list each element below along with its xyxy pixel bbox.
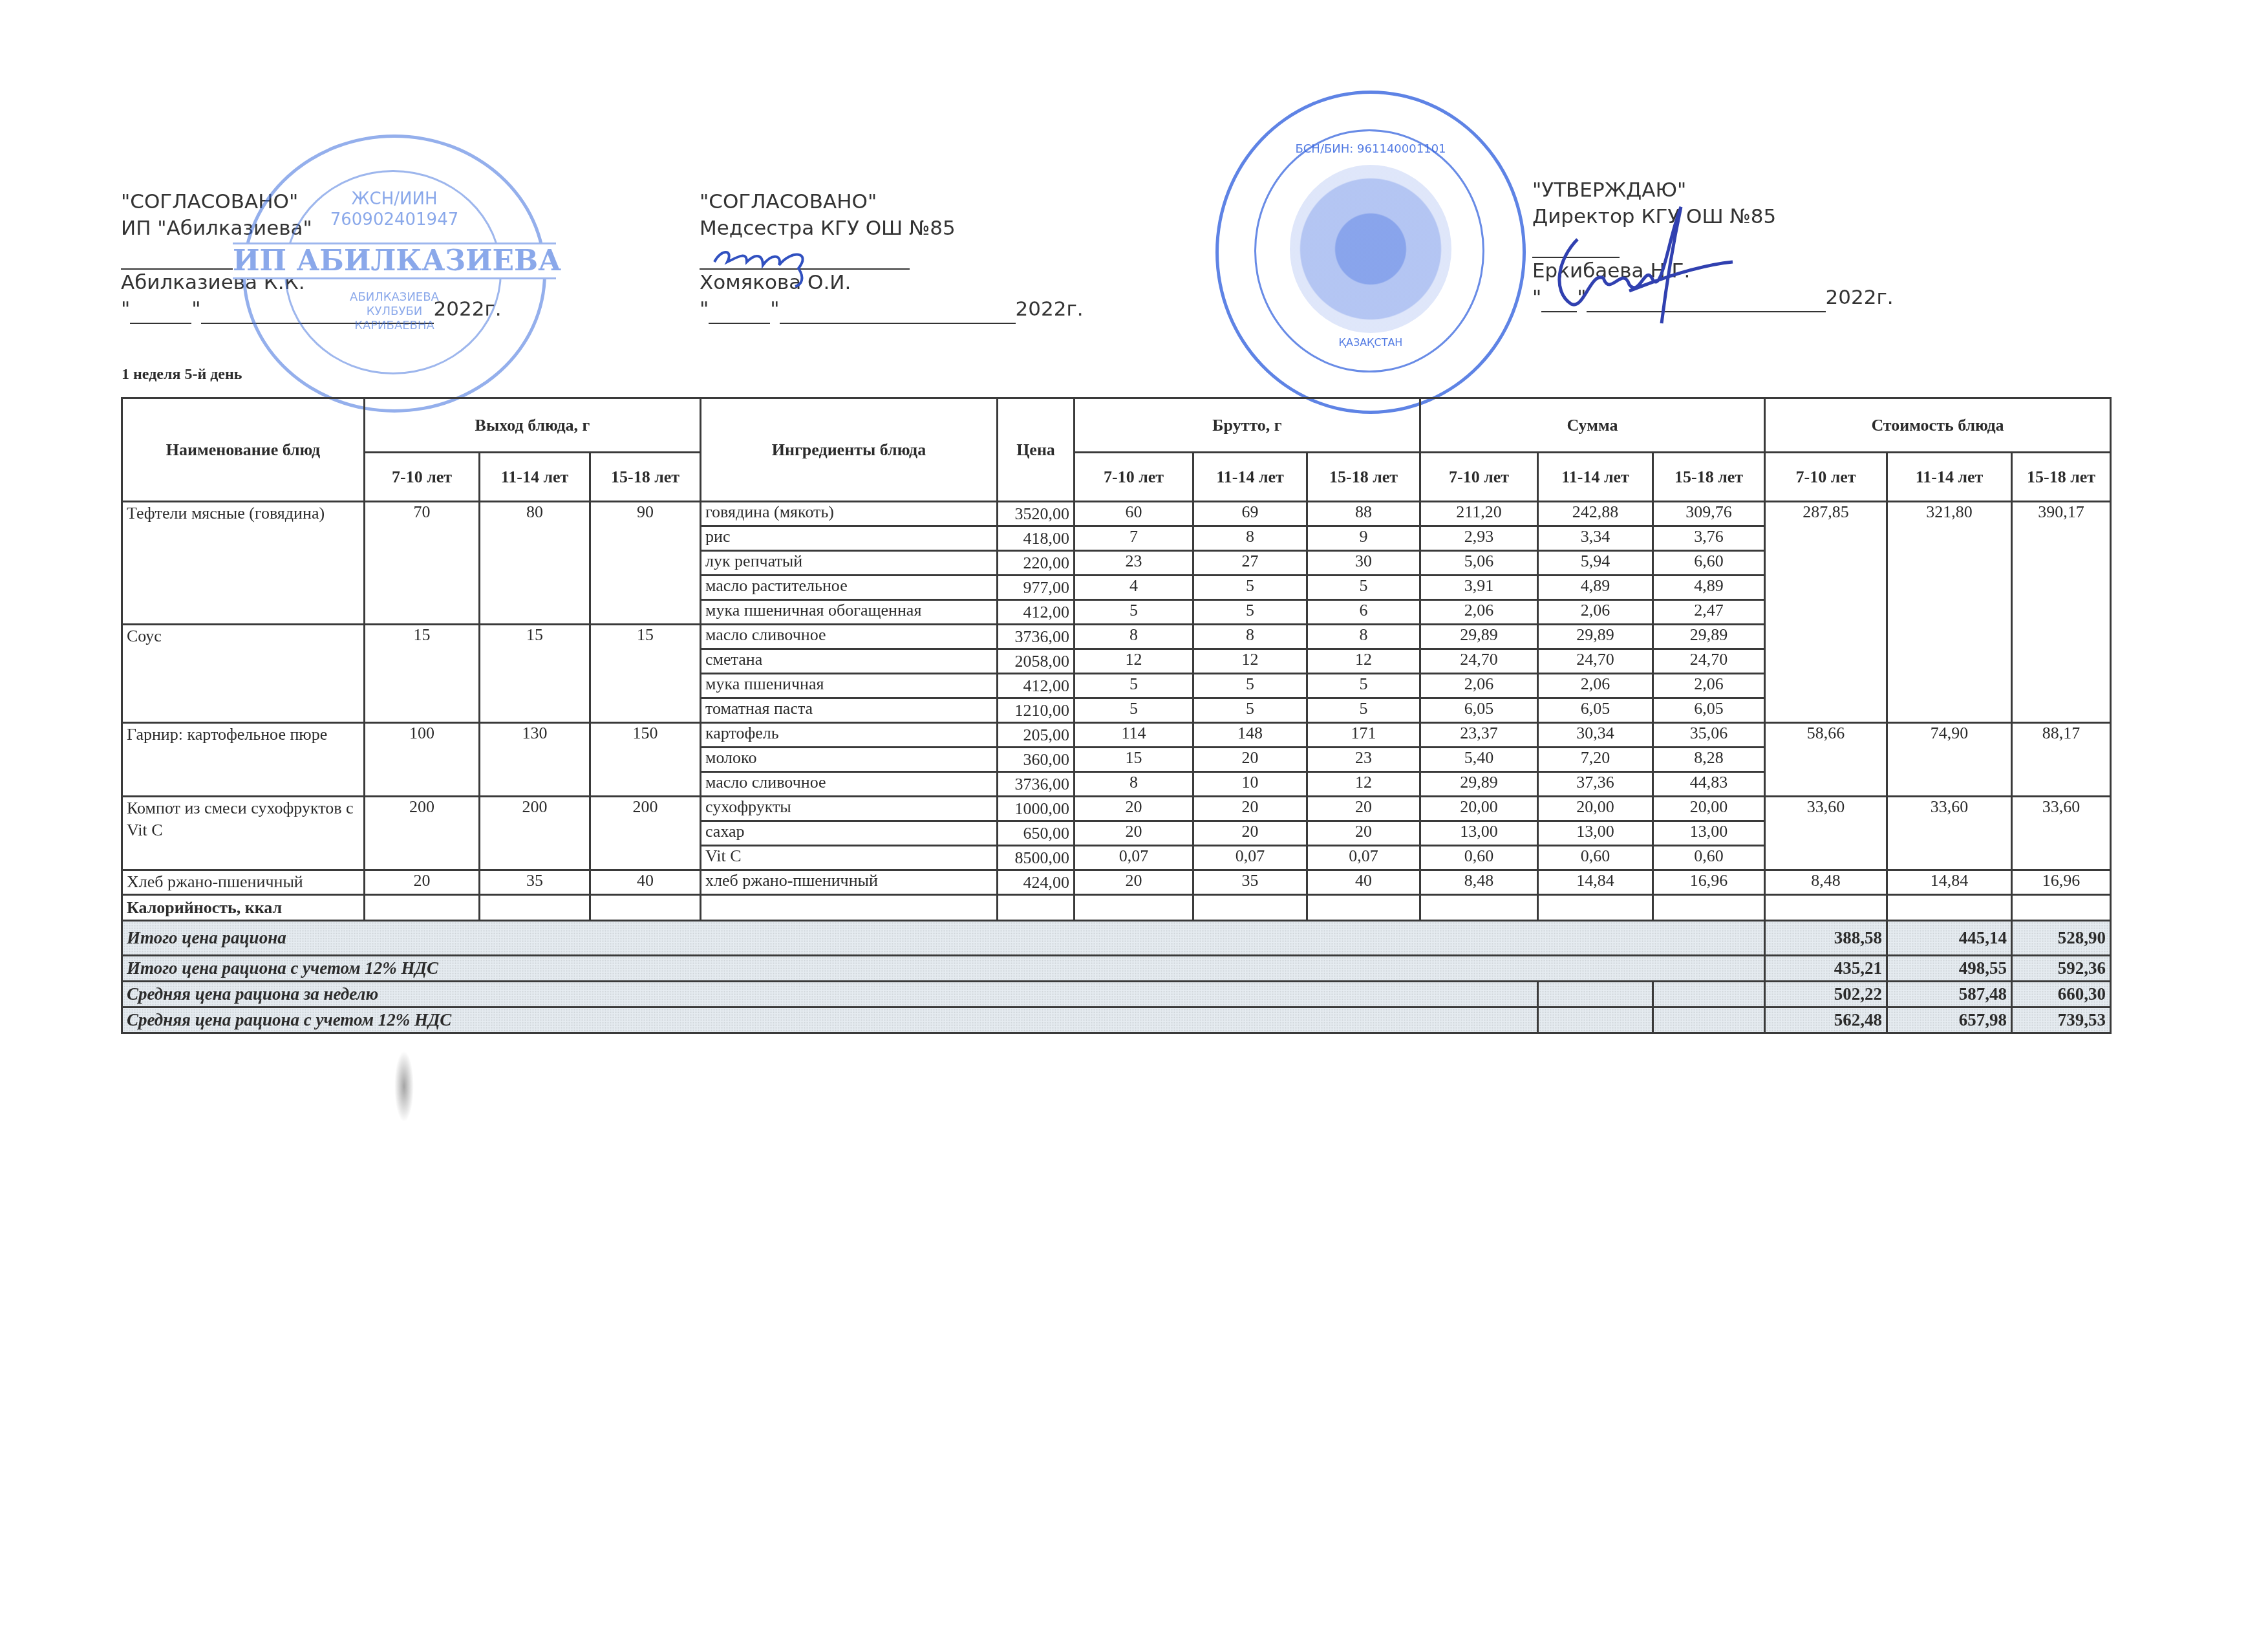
dish-output: 15 bbox=[480, 625, 590, 723]
approval-name: Абилказиева К.К. bbox=[121, 270, 502, 296]
ingredient-gross: 5 bbox=[1193, 698, 1307, 723]
ingredient-price: 8500,00 bbox=[998, 846, 1075, 870]
calorie-cell bbox=[1653, 895, 1765, 921]
ingredient-sum: 2,93 bbox=[1420, 526, 1538, 551]
ingredient-gross: 20 bbox=[1193, 748, 1307, 772]
approval-title: "УТВЕРЖДАЮ" bbox=[1532, 177, 1894, 204]
dish-output: 70 bbox=[365, 502, 480, 625]
ingredient-gross: 5 bbox=[1193, 576, 1307, 600]
ingredient-sum: 13,00 bbox=[1538, 821, 1653, 846]
header-cost: Стоимость блюда bbox=[1765, 398, 2111, 453]
ingredient-price: 2058,00 bbox=[998, 649, 1075, 674]
coat-of-arms-icon bbox=[1290, 165, 1451, 333]
summary-label: Итого цена рациона с учетом 12% НДС bbox=[122, 956, 1765, 982]
ingredient-gross: 148 bbox=[1193, 723, 1307, 748]
ingredient-gross: 10 bbox=[1193, 772, 1307, 797]
ingredient-name: масло сливочное bbox=[701, 625, 998, 649]
ingredient-name: мука пшеничная обогащенная bbox=[701, 600, 998, 625]
summary-value: 660,30 bbox=[2012, 982, 2111, 1008]
ingredient-name: масло растительное bbox=[701, 576, 998, 600]
ingredient-gross: 0,07 bbox=[1193, 846, 1307, 870]
dish-output: 90 bbox=[590, 502, 701, 625]
header-gross: Брутто, г bbox=[1075, 398, 1420, 453]
calorie-cell bbox=[1765, 895, 1887, 921]
calorie-row: Калорийность, ккал bbox=[122, 895, 2111, 921]
ingredient-price: 412,00 bbox=[998, 674, 1075, 698]
ingredient-sum: 4,89 bbox=[1653, 576, 1765, 600]
calorie-cell bbox=[1075, 895, 1193, 921]
ingredient-gross: 6 bbox=[1307, 600, 1420, 625]
dish-cost: 390,17 bbox=[2012, 502, 2111, 723]
ingredient-gross: 7 bbox=[1075, 526, 1193, 551]
dish-name: Гарнир: картофельное пюре bbox=[122, 723, 365, 797]
header-price: Цена bbox=[998, 398, 1075, 502]
ingredient-gross: 9 bbox=[1307, 526, 1420, 551]
ingredient-sum: 24,70 bbox=[1538, 649, 1653, 674]
ingredient-sum: 4,89 bbox=[1538, 576, 1653, 600]
ingredient-gross: 88 bbox=[1307, 502, 1420, 526]
summary-row: Итого цена рациона с учетом 12% НДС435,2… bbox=[122, 956, 2111, 982]
ingredient-gross: 20 bbox=[1075, 870, 1193, 895]
ingredient-sum: 2,06 bbox=[1420, 674, 1538, 698]
header-sum-age: 11-14 лет bbox=[1538, 453, 1653, 502]
ingredient-gross: 12 bbox=[1075, 649, 1193, 674]
summary-value: 739,53 bbox=[2012, 1008, 2111, 1033]
summary-value: 562,48 bbox=[1765, 1008, 1887, 1033]
ingredient-sum: 2,06 bbox=[1538, 600, 1653, 625]
ingredient-gross: 12 bbox=[1193, 649, 1307, 674]
summary-row: Итого цена рациона388,58445,14528,90 bbox=[122, 921, 2111, 956]
ingredient-sum: 29,89 bbox=[1538, 625, 1653, 649]
ingredient-gross: 4 bbox=[1075, 576, 1193, 600]
ingredient-name: мука пшеничная bbox=[701, 674, 998, 698]
ingredient-gross: 23 bbox=[1075, 551, 1193, 576]
header-gross-age: 11-14 лет bbox=[1193, 453, 1307, 502]
ingredient-sum: 5,40 bbox=[1420, 748, 1538, 772]
ingredient-sum: 29,89 bbox=[1420, 772, 1538, 797]
ingredient-sum: 20,00 bbox=[1420, 797, 1538, 821]
approval-block-right: "УТВЕРЖДАЮ" Директор КГУ ОШ №85 Еркибаев… bbox=[1532, 177, 1894, 312]
signature-line bbox=[1532, 230, 1894, 258]
stamp-bin: БСН/БИН: 961140001101 bbox=[1219, 142, 1523, 156]
ingredient-gross: 30 bbox=[1307, 551, 1420, 576]
header-gross-age: 7-10 лет bbox=[1075, 453, 1193, 502]
ingredient-name: сухофрукты bbox=[701, 797, 998, 821]
summary-label: Средняя цена рациона с учетом 12% НДС bbox=[122, 1008, 1538, 1033]
ingredient-sum: 0,60 bbox=[1420, 846, 1538, 870]
calorie-cell bbox=[1887, 895, 2012, 921]
approval-org: Директор КГУ ОШ №85 bbox=[1532, 204, 1894, 230]
ingredient-gross: 5 bbox=[1075, 600, 1193, 625]
ingredient-gross: 5 bbox=[1307, 698, 1420, 723]
ingredient-gross: 12 bbox=[1307, 772, 1420, 797]
ingredient-name: Vit C bbox=[701, 846, 998, 870]
dish-cost: 321,80 bbox=[1887, 502, 2012, 723]
approval-year: 2022г. bbox=[434, 297, 502, 321]
day-label: 1 неделя 5-й день bbox=[122, 366, 242, 383]
dish-cost: 287,85 bbox=[1765, 502, 1887, 723]
summary-value: 587,48 bbox=[1887, 982, 2012, 1008]
dish-cost: 14,84 bbox=[1887, 870, 2012, 895]
dish-name: Компот из смеси сухофруктов с Vit C bbox=[122, 797, 365, 870]
ink-smudge bbox=[394, 1051, 414, 1122]
header-output: Выход блюда, г bbox=[365, 398, 701, 453]
ingredient-gross: 0,07 bbox=[1307, 846, 1420, 870]
ingredient-sum: 2,47 bbox=[1653, 600, 1765, 625]
dish-cost: 33,60 bbox=[1765, 797, 1887, 870]
ingredient-sum: 8,28 bbox=[1653, 748, 1765, 772]
ingredient-sum: 6,05 bbox=[1420, 698, 1538, 723]
ingredient-gross: 8 bbox=[1075, 772, 1193, 797]
approval-org: ИП "Абилказиева" bbox=[121, 215, 502, 242]
ingredient-gross: 5 bbox=[1075, 698, 1193, 723]
dish-cost: 58,66 bbox=[1765, 723, 1887, 797]
ingredient-gross: 8 bbox=[1075, 625, 1193, 649]
ingredient-sum: 29,89 bbox=[1653, 625, 1765, 649]
header-cost-age: 11-14 лет bbox=[1887, 453, 2012, 502]
header-output-age: 11-14 лет bbox=[480, 453, 590, 502]
ingredient-gross: 35 bbox=[1193, 870, 1307, 895]
dish-cost: 33,60 bbox=[1887, 797, 2012, 870]
ingredient-name: рис bbox=[701, 526, 998, 551]
ingredient-gross: 20 bbox=[1193, 821, 1307, 846]
ingredient-price: 977,00 bbox=[998, 576, 1075, 600]
header-cost-age: 7-10 лет bbox=[1765, 453, 1887, 502]
dish-output: 150 bbox=[590, 723, 701, 797]
ingredient-sum: 0,60 bbox=[1653, 846, 1765, 870]
ingredient-gross: 114 bbox=[1075, 723, 1193, 748]
dish-output: 80 bbox=[480, 502, 590, 625]
ingredient-sum: 44,83 bbox=[1653, 772, 1765, 797]
ingredient-sum: 211,20 bbox=[1420, 502, 1538, 526]
summary-empty bbox=[1538, 982, 1653, 1008]
approval-title: "СОГЛАСОВАНО" bbox=[700, 189, 1084, 215]
approval-date: " " 2022г. bbox=[121, 296, 502, 324]
dish-output: 15 bbox=[590, 625, 701, 723]
header-sum-age: 7-10 лет bbox=[1420, 453, 1538, 502]
header-output-age: 15-18 лет bbox=[590, 453, 701, 502]
ingredient-sum: 8,48 bbox=[1420, 870, 1538, 895]
ingredient-price: 3736,00 bbox=[998, 772, 1075, 797]
dish-name: Соус bbox=[122, 625, 365, 723]
ingredient-price: 360,00 bbox=[998, 748, 1075, 772]
header-ingredients: Ингредиенты блюда bbox=[701, 398, 998, 502]
header-gross-age: 15-18 лет bbox=[1307, 453, 1420, 502]
ingredient-gross: 5 bbox=[1193, 600, 1307, 625]
ingredient-sum: 2,06 bbox=[1653, 674, 1765, 698]
calorie-cell bbox=[1420, 895, 1538, 921]
menu-table: Наименование блюд Выход блюда, г Ингреди… bbox=[121, 397, 2112, 1034]
ingredient-sum: 2,06 bbox=[1420, 600, 1538, 625]
dish-cost: 88,17 bbox=[2012, 723, 2111, 797]
ingredient-gross: 5 bbox=[1075, 674, 1193, 698]
stamp-country: ҚАЗАҚСТАН bbox=[1219, 336, 1523, 349]
ingredient-sum: 23,37 bbox=[1420, 723, 1538, 748]
ingredient-sum: 0,60 bbox=[1538, 846, 1653, 870]
ingredient-name: сметана bbox=[701, 649, 998, 674]
ingredient-sum: 24,70 bbox=[1420, 649, 1538, 674]
header-dish: Наименование блюд bbox=[122, 398, 365, 502]
ingredient-price: 418,00 bbox=[998, 526, 1075, 551]
ingredient-gross: 171 bbox=[1307, 723, 1420, 748]
dish-name: Тефтели мясные (говядина) bbox=[122, 502, 365, 625]
ingredient-gross: 5 bbox=[1193, 674, 1307, 698]
ingredient-sum: 24,70 bbox=[1653, 649, 1765, 674]
dish-output: 100 bbox=[365, 723, 480, 797]
ingredient-gross: 20 bbox=[1307, 797, 1420, 821]
dish-output: 40 bbox=[590, 870, 701, 895]
dish-name: Хлеб ржано-пшеничный bbox=[122, 870, 365, 895]
ingredient-sum: 6,05 bbox=[1653, 698, 1765, 723]
table-header: Наименование блюд Выход блюда, г Ингреди… bbox=[122, 398, 2111, 502]
ingredient-sum: 5,06 bbox=[1420, 551, 1538, 576]
approval-name: Еркибаева Н.Г. bbox=[1532, 258, 1894, 285]
dish-output: 35 bbox=[480, 870, 590, 895]
ingredient-sum: 7,20 bbox=[1538, 748, 1653, 772]
ingredient-sum: 37,36 bbox=[1538, 772, 1653, 797]
header-output-age: 7-10 лет bbox=[365, 453, 480, 502]
calorie-cell bbox=[1538, 895, 1653, 921]
header-sum: Сумма bbox=[1420, 398, 1765, 453]
ingredient-sum: 13,00 bbox=[1653, 821, 1765, 846]
school-stamp-icon: БСН/БИН: 961140001101 ҚАЗАҚСТАН bbox=[1215, 91, 1526, 414]
signature-line bbox=[121, 242, 502, 270]
calorie-cell bbox=[590, 895, 701, 921]
ingredient-sum: 29,89 bbox=[1420, 625, 1538, 649]
ingredient-price: 650,00 bbox=[998, 821, 1075, 846]
calorie-label: Калорийность, ккал bbox=[122, 895, 365, 921]
ingredient-gross: 0,07 bbox=[1075, 846, 1193, 870]
ingredient-price: 205,00 bbox=[998, 723, 1075, 748]
ingredient-price: 3520,00 bbox=[998, 502, 1075, 526]
table-row: Гарнир: картофельное пюре100130150картоф… bbox=[122, 723, 2111, 748]
approval-date: " " 2022г. bbox=[1532, 285, 1894, 312]
dish-output: 200 bbox=[590, 797, 701, 870]
calorie-cell bbox=[480, 895, 590, 921]
ingredient-gross: 27 bbox=[1193, 551, 1307, 576]
dish-cost: 33,60 bbox=[2012, 797, 2111, 870]
approval-org: Медсестра КГУ ОШ №85 bbox=[700, 215, 1084, 242]
approval-block-middle: "СОГЛАСОВАНО" Медсестра КГУ ОШ №85 Хомяк… bbox=[700, 189, 1084, 324]
ingredient-name: лук репчатый bbox=[701, 551, 998, 576]
ingredient-sum: 16,96 bbox=[1653, 870, 1765, 895]
ingredient-price: 3736,00 bbox=[998, 625, 1075, 649]
ingredient-gross: 23 bbox=[1307, 748, 1420, 772]
table-row: Компот из смеси сухофруктов с Vit C20020… bbox=[122, 797, 2111, 821]
ingredient-sum: 13,00 bbox=[1420, 821, 1538, 846]
ingredient-price: 1210,00 bbox=[998, 698, 1075, 723]
summary-label: Средняя цена рациона за неделю bbox=[122, 982, 1538, 1008]
ingredient-gross: 5 bbox=[1307, 674, 1420, 698]
ingredient-price: 424,00 bbox=[998, 870, 1075, 895]
approval-year: 2022г. bbox=[1826, 286, 1894, 309]
ingredient-gross: 20 bbox=[1193, 797, 1307, 821]
calorie-cell bbox=[2012, 895, 2111, 921]
approval-date: " " 2022г. bbox=[700, 296, 1084, 324]
calorie-cell bbox=[998, 895, 1075, 921]
dish-output: 20 bbox=[365, 870, 480, 895]
ingredient-gross: 20 bbox=[1075, 821, 1193, 846]
ingredient-name: картофель bbox=[701, 723, 998, 748]
ingredient-price: 220,00 bbox=[998, 551, 1075, 576]
ingredient-sum: 20,00 bbox=[1538, 797, 1653, 821]
dish-output: 15 bbox=[365, 625, 480, 723]
ingredient-gross: 8 bbox=[1307, 625, 1420, 649]
ingredient-sum: 309,76 bbox=[1653, 502, 1765, 526]
dish-output: 200 bbox=[480, 797, 590, 870]
dish-output: 200 bbox=[365, 797, 480, 870]
ingredient-sum: 3,91 bbox=[1420, 576, 1538, 600]
summary-empty bbox=[1538, 1008, 1653, 1033]
signature-line bbox=[700, 242, 1084, 270]
ingredient-gross: 20 bbox=[1075, 797, 1193, 821]
ingredient-gross: 20 bbox=[1307, 821, 1420, 846]
ingredient-gross: 15 bbox=[1075, 748, 1193, 772]
calorie-cell bbox=[1193, 895, 1307, 921]
calorie-cell bbox=[365, 895, 480, 921]
ingredient-sum: 6,60 bbox=[1653, 551, 1765, 576]
dish-cost: 8,48 bbox=[1765, 870, 1887, 895]
header-sum-age: 15-18 лет bbox=[1653, 453, 1765, 502]
summary-value: 657,98 bbox=[1887, 1008, 2012, 1033]
summary-row: Средняя цена рациона с учетом 12% НДС562… bbox=[122, 1008, 2111, 1033]
approval-title: "СОГЛАСОВАНО" bbox=[121, 189, 502, 215]
dish-cost: 16,96 bbox=[2012, 870, 2111, 895]
ingredient-sum: 5,94 bbox=[1538, 551, 1653, 576]
summary-value: 592,36 bbox=[2012, 956, 2111, 982]
ingredient-name: томатная паста bbox=[701, 698, 998, 723]
approval-name: Хомякова О.И. bbox=[700, 270, 1084, 296]
summary-value: 528,90 bbox=[2012, 921, 2111, 956]
ingredient-price: 412,00 bbox=[998, 600, 1075, 625]
summary-value: 445,14 bbox=[1887, 921, 2012, 956]
ingredient-sum: 20,00 bbox=[1653, 797, 1765, 821]
table-row: Хлеб ржано-пшеничный203540хлеб ржано-пше… bbox=[122, 870, 2111, 895]
ingredient-sum: 3,34 bbox=[1538, 526, 1653, 551]
summary-value: 435,21 bbox=[1765, 956, 1887, 982]
ingredient-sum: 6,05 bbox=[1538, 698, 1653, 723]
calorie-cell bbox=[701, 895, 998, 921]
summary-value: 502,22 bbox=[1765, 982, 1887, 1008]
approval-block-left: "СОГЛАСОВАНО" ИП "Абилказиева" Абилказие… bbox=[121, 189, 502, 324]
summary-label: Итого цена рациона bbox=[122, 921, 1765, 956]
summary-empty bbox=[1653, 982, 1765, 1008]
ingredient-name: масло сливочное bbox=[701, 772, 998, 797]
table-row: Тефтели мясные (говядина)708090говядина … bbox=[122, 502, 2111, 526]
ingredient-sum: 30,34 bbox=[1538, 723, 1653, 748]
dish-output: 130 bbox=[480, 723, 590, 797]
ingredient-gross: 8 bbox=[1193, 625, 1307, 649]
summary-value: 498,55 bbox=[1887, 956, 2012, 982]
table-body: Тефтели мясные (говядина)708090говядина … bbox=[122, 502, 2111, 1033]
ingredient-name: хлеб ржано-пшеничный bbox=[701, 870, 998, 895]
ingredient-gross: 12 bbox=[1307, 649, 1420, 674]
header-cost-age: 15-18 лет bbox=[2012, 453, 2111, 502]
ingredient-sum: 3,76 bbox=[1653, 526, 1765, 551]
summary-value: 388,58 bbox=[1765, 921, 1887, 956]
approval-year: 2022г. bbox=[1016, 297, 1084, 321]
summary-row: Средняя цена рациона за неделю502,22587,… bbox=[122, 982, 2111, 1008]
ingredient-sum: 35,06 bbox=[1653, 723, 1765, 748]
ingredient-name: молоко bbox=[701, 748, 998, 772]
ingredient-price: 1000,00 bbox=[998, 797, 1075, 821]
ingredient-sum: 14,84 bbox=[1538, 870, 1653, 895]
ingredient-name: сахар bbox=[701, 821, 998, 846]
dish-cost: 74,90 bbox=[1887, 723, 2012, 797]
ingredient-sum: 242,88 bbox=[1538, 502, 1653, 526]
ingredient-sum: 2,06 bbox=[1538, 674, 1653, 698]
ingredient-gross: 69 bbox=[1193, 502, 1307, 526]
ingredient-gross: 40 bbox=[1307, 870, 1420, 895]
ingredient-name: говядина (мякоть) bbox=[701, 502, 998, 526]
ingredient-gross: 5 bbox=[1307, 576, 1420, 600]
summary-empty bbox=[1653, 1008, 1765, 1033]
ingredient-gross: 60 bbox=[1075, 502, 1193, 526]
ingredient-gross: 8 bbox=[1193, 526, 1307, 551]
calorie-cell bbox=[1307, 895, 1420, 921]
